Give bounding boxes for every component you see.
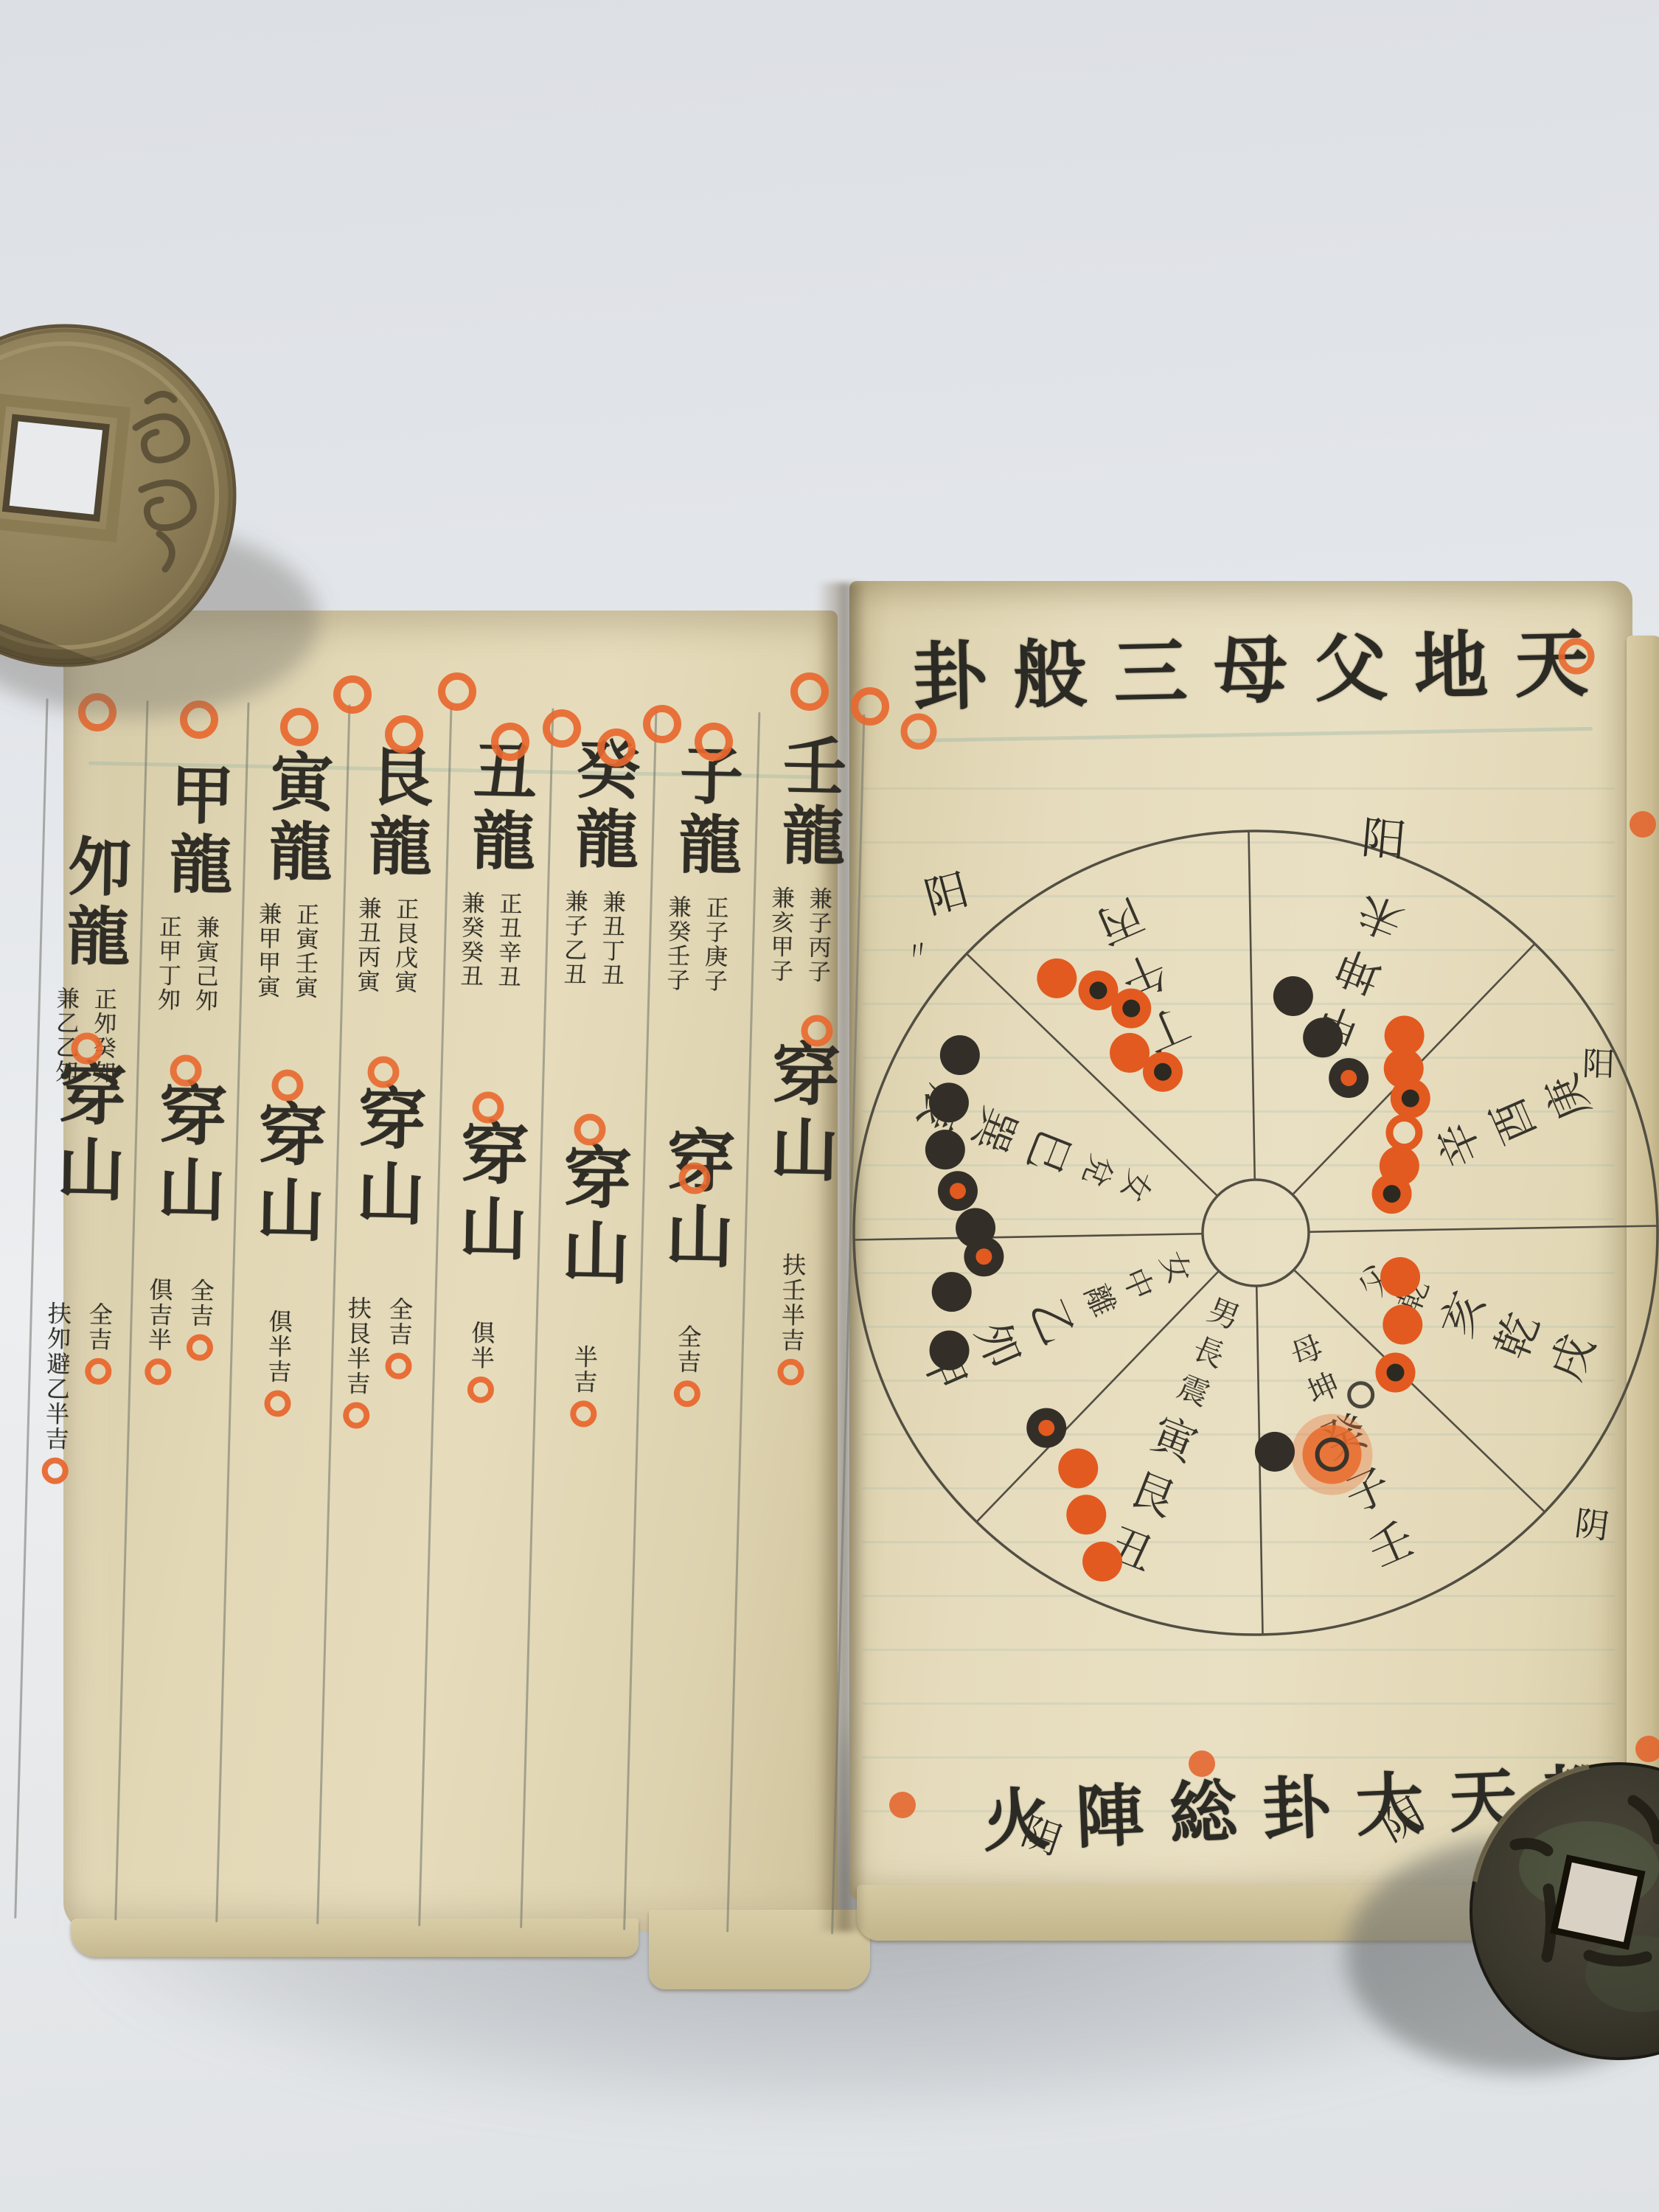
vermilion-ring <box>674 1380 701 1408</box>
rating-line: 全吉 <box>380 1296 417 1430</box>
annotation-line: 兼癸壬子 <box>659 894 695 992</box>
column-body-chuanshan: 穿山 <box>328 1082 436 1234</box>
annotation-line: 兼丑丁丑 <box>594 890 629 988</box>
rating-line: 倶吉半 <box>141 1277 177 1385</box>
annotation-line: 正子庚子 <box>697 895 732 993</box>
rating-line: 全吉 <box>182 1278 218 1386</box>
rating-line: 扶壬半吉 <box>773 1252 810 1385</box>
vermilion-ring <box>385 1352 412 1380</box>
rating-text: 全吉 <box>385 1296 414 1347</box>
vermilion-ring <box>41 1457 69 1484</box>
stray-page-corner <box>13 508 71 591</box>
column-annotations: 正艮戊寅兼丑丙寅 <box>333 896 439 995</box>
column-annotations: 兼寅己夘正甲丁夘 <box>133 914 240 1014</box>
annotation-line: 兼子乙丑 <box>556 889 591 987</box>
column-annotations: 兼子丙子兼亥甲子 <box>746 886 853 985</box>
column-head: 壬龍 <box>748 732 856 873</box>
column-ratings: 扶壬半吉 <box>738 1252 845 1387</box>
rating-text: 倶半吉 <box>264 1309 293 1385</box>
rating-text: 扶夘避乙半吉 <box>41 1301 72 1452</box>
vermilion-ring <box>343 1402 370 1429</box>
vermilion-ring <box>467 1376 495 1403</box>
annotation-line: 正寅壬寅 <box>288 902 323 1001</box>
vermilion-ring <box>145 1358 172 1385</box>
rating-line: 倶半 <box>464 1320 499 1403</box>
rating-line: 扶夘避乙半吉 <box>38 1301 75 1484</box>
column-head: 子龍 <box>644 741 752 882</box>
rating-text: 倶吉半 <box>145 1277 174 1353</box>
rating-line: 全吉 <box>670 1324 706 1408</box>
annotation-line: 正艮戊寅 <box>387 897 422 995</box>
rating-text: 全吉 <box>673 1324 702 1375</box>
caption-char: 大 <box>1354 1750 1425 1850</box>
vermilion-ring <box>187 1334 214 1361</box>
caption-char: 天 <box>1447 1746 1518 1846</box>
vermilion-ring <box>570 1400 597 1427</box>
column-annotations: 兼丑丁丑兼子乙丑 <box>539 888 646 988</box>
column-ratings: 全吉 <box>635 1324 741 1408</box>
column-body-chuanshan: 穿山 <box>29 1057 136 1210</box>
rating-line: 倶半吉 <box>260 1309 296 1417</box>
title-char: 父 <box>1312 608 1388 716</box>
column-ratings: 倶半吉 <box>225 1308 332 1418</box>
column-body-chuanshan: 穿山 <box>533 1141 641 1293</box>
rating-line: 全吉 <box>79 1301 116 1485</box>
annotation-line: 兼癸癸丑 <box>453 891 488 989</box>
dragon-column-8: 夘龍正夘癸夘兼乙乙夘穿山全吉扶夘避乙半吉 <box>15 832 140 1921</box>
annotation-line: 兼寅己夘 <box>188 915 223 1013</box>
column-annotations: 正寅壬寅兼甲甲寅 <box>233 901 340 1001</box>
column-annotations: 正丑辛丑兼癸癸丑 <box>436 891 543 990</box>
column-head: 寅龍 <box>235 748 343 888</box>
right-page <box>849 581 1632 1899</box>
column-ratings: 全吉扶艮半吉 <box>324 1295 431 1430</box>
annotation-line: 兼子丙子 <box>801 886 836 984</box>
coin-square-hole <box>0 400 124 536</box>
annotation-line: 兼亥甲子 <box>763 886 799 984</box>
column-annotations: 正子庚子兼癸壬子 <box>642 894 749 994</box>
left-page-manuscript-columns: 壬龍兼子丙子兼亥甲子穿山扶壬半吉子龍正子庚子兼癸壬子穿山全吉癸龍兼丑丁丑兼子乙丑… <box>51 603 850 1939</box>
annotation-line: 正甲丁夘 <box>150 914 186 1012</box>
title-char: 般 <box>1012 615 1088 723</box>
rating-text: 倶半 <box>467 1320 495 1371</box>
column-head: 艮龍 <box>335 742 442 883</box>
column-body-chuanshan: 穿山 <box>742 1038 849 1191</box>
column-body-chuanshan: 穿山 <box>129 1078 237 1231</box>
column-ratings: 倶半 <box>428 1319 535 1404</box>
vermilion-ring <box>777 1359 804 1386</box>
rating-text: 半吉 <box>570 1344 599 1395</box>
rating-line: 半吉 <box>566 1344 602 1427</box>
rating-text: 全吉 <box>85 1302 114 1353</box>
annotation-line: 兼丑丙寅 <box>349 896 385 994</box>
title-char: 卦 <box>912 617 988 725</box>
caption-char: 火 <box>981 1765 1052 1865</box>
rating-text: 全吉 <box>186 1278 215 1329</box>
column-ratings: 半吉 <box>531 1343 637 1428</box>
title-char: 母 <box>1213 611 1289 718</box>
caption-char: 都 <box>1540 1742 1612 1842</box>
column-ratings: 全吉倶吉半 <box>126 1277 233 1387</box>
rating-text: 扶壬半吉 <box>777 1253 807 1354</box>
title-char: 天 <box>1513 604 1589 712</box>
caption-char: 陣 <box>1074 1761 1145 1862</box>
column-head: 癸龍 <box>541 735 649 876</box>
coin-manchu-inscription <box>136 394 193 569</box>
vermilion-ring <box>264 1390 291 1417</box>
column-head: 丑龍 <box>438 737 546 878</box>
caption-char: 卦 <box>1260 1753 1332 1854</box>
column-body-chuanshan: 穿山 <box>637 1124 745 1277</box>
column-head: 甲龍 <box>136 761 243 902</box>
vermilion-ring <box>85 1358 112 1385</box>
title-char: 地 <box>1413 606 1489 714</box>
caption-char: 総 <box>1167 1757 1239 1857</box>
column-body-chuanshan: 穿山 <box>229 1098 336 1251</box>
column-head: 夘龍 <box>33 832 141 973</box>
annotation-line: 正丑辛丑 <box>490 891 526 990</box>
annotation-line: 兼甲甲寅 <box>250 902 285 1000</box>
column-ratings: 全吉扶夘避乙半吉 <box>23 1301 131 1486</box>
rating-line: 扶艮半吉 <box>339 1295 375 1429</box>
rating-text: 扶艮半吉 <box>343 1295 373 1397</box>
title-char: 三 <box>1113 613 1189 720</box>
page-stack-edge-right <box>1627 636 1659 1916</box>
page-stack-edge-bottom-right <box>857 1885 1637 1941</box>
right-page-ruling <box>863 736 1615 1855</box>
page-title: 天地父母三般卦 <box>912 609 1590 719</box>
column-body-chuanshan: 穿山 <box>431 1117 538 1270</box>
